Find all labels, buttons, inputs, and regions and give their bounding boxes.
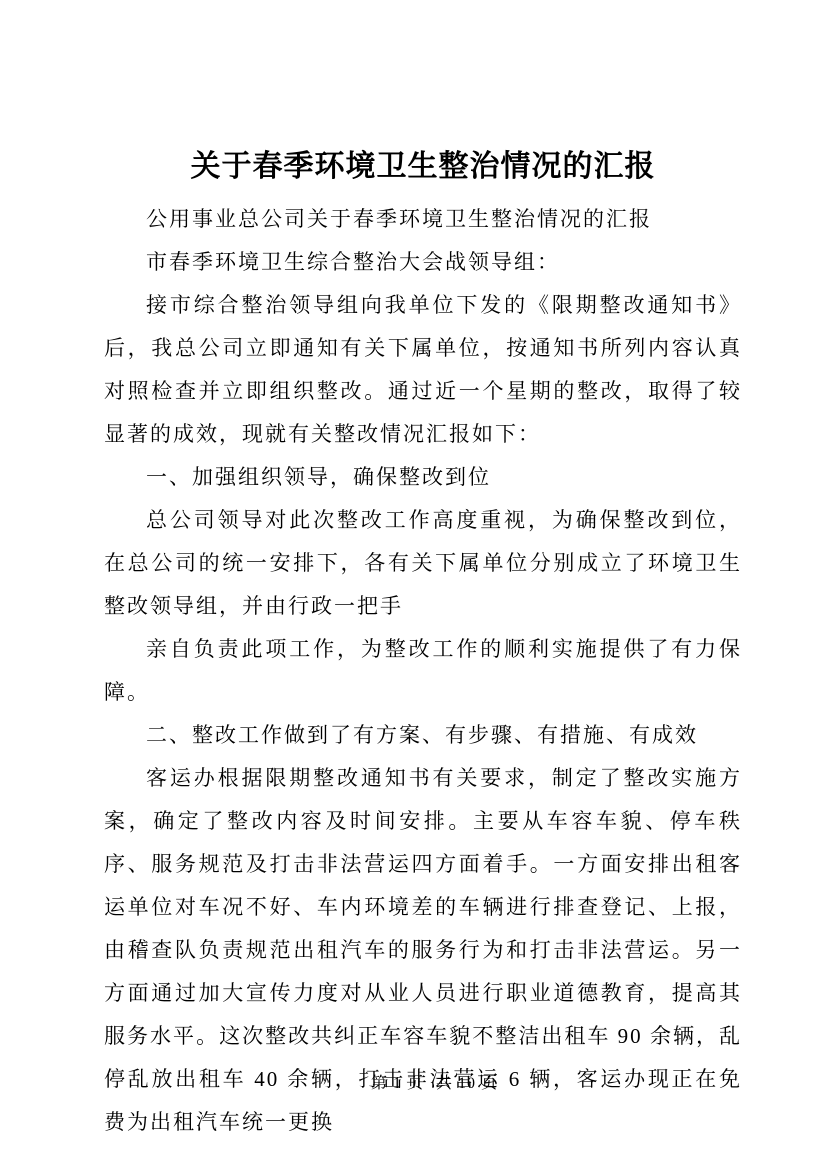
paragraph-section-1-body: 总公司领导对此次整改工作高度重视，为确保整改到位，在总公司的统一安排下，各有关下… (104, 499, 742, 628)
page-number-label: 第 1 页 (371, 1075, 424, 1092)
total-pages-label: 共 10 页 (436, 1075, 498, 1092)
section-heading-1: 一、加强组织领导，确保整改到位 (104, 456, 742, 499)
paragraph-intro: 接市综合整治领导组向我单位下发的《限期整改通知书》后，我总公司立即通知有关下属单… (104, 284, 742, 456)
paragraph-section-1-continued: 亲自负责此项工作，为整改工作的顺利实施提供了有力保障。 (104, 628, 742, 714)
page-footer: 第 1 页共 10 页 (0, 1070, 827, 1093)
paragraph-addressee: 市春季环境卫生综合整治大会战领导组： (104, 241, 742, 284)
document-title: 关于春季环境卫生整治情况的汇报 (104, 146, 742, 188)
paragraph-subtitle: 公用事业总公司关于春季环境卫生整治情况的汇报 (104, 198, 742, 241)
document-body: 关于春季环境卫生整治情况的汇报 公用事业总公司关于春季环境卫生整治情况的汇报 市… (104, 146, 742, 1144)
section-heading-2: 二、整改工作做到了有方案、有步骤、有措施、有成效 (104, 714, 742, 757)
document-page: 关于春季环境卫生整治情况的汇报 公用事业总公司关于春季环境卫生整治情况的汇报 市… (0, 0, 827, 1170)
